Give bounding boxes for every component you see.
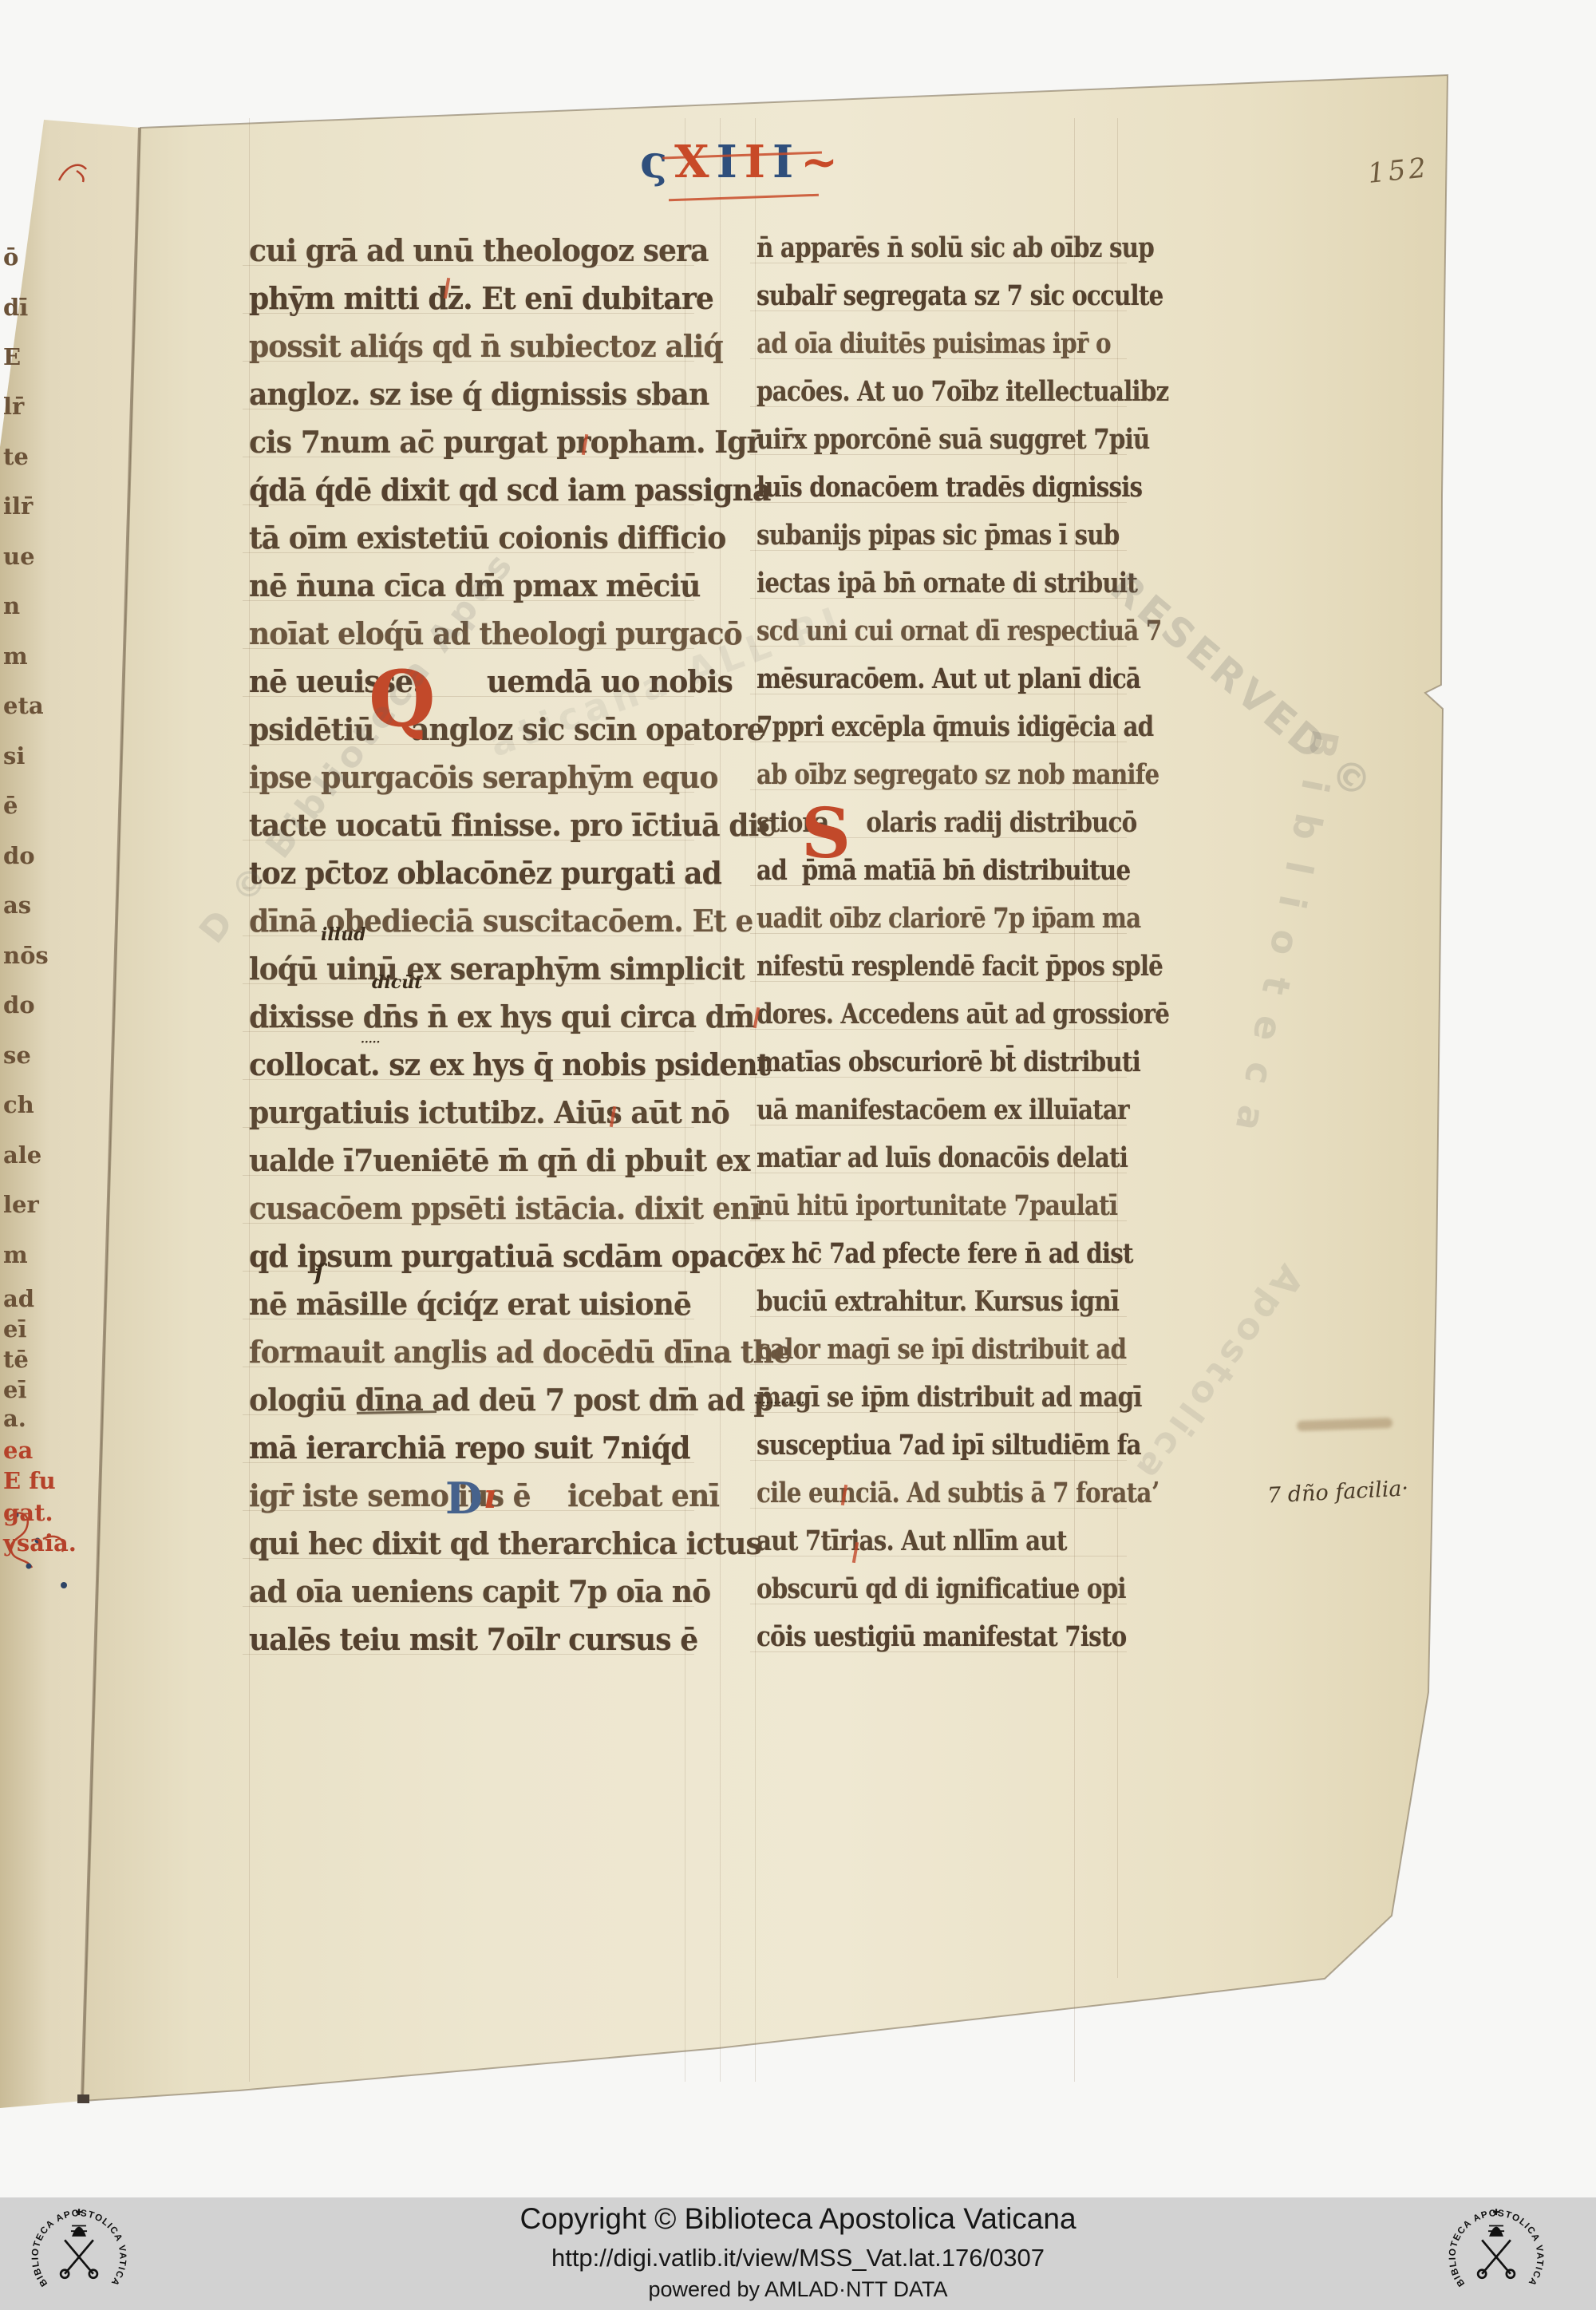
manuscript-line: dores. Accedens aūt ad grossiorē xyxy=(757,991,1065,1038)
manuscript-line: purgatiuis ictutibz. Aiūs aūt nō xyxy=(249,1089,674,1137)
manuscript-line: possit aliq́s qd n̄ subiectoz aliq́ xyxy=(249,322,674,370)
manuscript-line: qd ipsum purgatiuā scdām opacō xyxy=(249,1232,674,1280)
manuscript-line: nē māsille q́ciq́z erat uisionē xyxy=(249,1280,674,1328)
manuscript-line: mā ierarchiā repo suit 7niq́d xyxy=(249,1424,674,1472)
heading-glyph: I xyxy=(772,136,800,188)
manuscript-line: uā manifestacōem ex illuīatar xyxy=(757,1086,1065,1134)
facing-page-line-ending: n xyxy=(3,592,40,619)
manuscript-line: nū hitū iportunitate 7paulatī xyxy=(757,1182,1065,1230)
facing-page-line-ending: ō xyxy=(3,243,40,271)
interlinear-gloss: dicūt xyxy=(372,972,422,993)
manuscript-line: ad oīa ueniens capit 7p oīa nō xyxy=(249,1568,674,1616)
facing-page-line-ending: ea xyxy=(3,1437,40,1464)
interlinear-gloss: illud xyxy=(321,924,365,945)
manuscript-line: ex hc̄ 7ad pfecte fere n̄ ad dist xyxy=(757,1230,1065,1278)
facing-page-line-ending: te xyxy=(3,443,40,470)
manuscript-line: calor magī se ipī distribuit ad xyxy=(757,1326,1065,1374)
facing-page-line-ending: m xyxy=(3,1241,40,1268)
manuscript-line: cile eunciā. Ad subtis ā 7 forataʼ xyxy=(757,1469,1065,1517)
facing-page-line-ending: lr̄ xyxy=(3,393,40,420)
manuscript-line: matīar ad luīs donacōis delati xyxy=(757,1134,1065,1182)
manuscript-line: subalr̄ segregata sz 7 sic occulte xyxy=(757,272,1065,320)
manuscript-line: buciū extrahitur. Kursus ignī xyxy=(757,1278,1065,1326)
manuscript-line: 7ppri excēpla q̄muis idigēcia ad xyxy=(757,703,1065,751)
facing-page-line-ending: ysaia. xyxy=(3,1529,40,1556)
manuscript-line: loq́ū uinū ex seraphȳm simplicit xyxy=(249,945,674,993)
manuscript-line: mēsuracōem. Aut ut planī dicā xyxy=(757,655,1065,703)
manuscript-line: formauit anglis ad docēdū dīna the xyxy=(249,1328,674,1376)
facing-page-line-ending: E xyxy=(3,343,40,370)
scan-canvas: ςXIII~ 152 cui grā ad unū theologoz sera… xyxy=(0,0,1596,2310)
facing-page-line-ending: eī xyxy=(3,1376,40,1403)
vatican-library-logo-icon: BIBLIOTECA APOSTOLICA VATICANA xyxy=(1443,2199,1550,2306)
page-heading-numeral: ςXIII~ xyxy=(640,134,845,190)
manuscript-line: ab oībz segregato sz nob manife xyxy=(757,751,1065,799)
manuscript-line: dīnā obedieciā suscitacōem. Et e xyxy=(249,897,674,945)
interlinear-gloss: ı xyxy=(484,1477,496,1516)
vertical-rule xyxy=(755,118,756,2082)
facing-page-line-ending: do xyxy=(3,842,40,869)
manuscript-line: n̄ apparēs n̄ solū sic ab oībz sup xyxy=(757,224,1065,272)
manuscript-line: dixisse dn̄s n̄ ex hys qui circa dm̄ xyxy=(249,993,674,1041)
heading-glyph: I xyxy=(717,136,745,188)
illuminated-initial: D xyxy=(445,1477,483,1520)
manuscript-line: q́dā q́dē dixit qd scd iam passigna xyxy=(249,466,674,514)
manuscript-line: subanijs pipas sic p̄mas ī sub xyxy=(757,512,1065,560)
manuscript-line: obscurū qd di ignificatiue opi xyxy=(757,1565,1065,1613)
footer-powered-by-text: powered by AMLAD·NTT DATA xyxy=(0,2277,1596,2302)
heading-glyph: ς xyxy=(640,136,674,188)
facing-page-line-ending: as xyxy=(3,892,40,919)
manuscript-line: phȳm mitti dz̄. Et enī dubitare xyxy=(249,275,674,322)
manuscript-line: uadit oībz clariorē 7p ip̄am ma xyxy=(757,895,1065,943)
manuscript-line: tā oīm existetiū coionis difficio xyxy=(249,514,674,562)
interlinear-gloss: ····· xyxy=(361,1036,380,1049)
footer-copyright-text: Copyright © Biblioteca Apostolica Vatica… xyxy=(0,2202,1596,2236)
manuscript-line: qui hec dixit qd therarchica ictus xyxy=(249,1520,674,1568)
text-column-left: cui grā ad unū theologoz seraphȳm mitti … xyxy=(249,227,696,1663)
illuminated-initial: S xyxy=(801,800,851,868)
vatican-library-logo-icon: BIBLIOTECA APOSTOLICA VATICANA xyxy=(26,2199,132,2306)
manuscript-line: aut 7tīrias. Aut nllīm aut xyxy=(757,1517,1065,1565)
facing-page-line-ending: gat. xyxy=(3,1499,40,1526)
manuscript-line: susceptiua 7ad ipī siltudiēm fa xyxy=(757,1422,1065,1469)
facing-page-line-ending: ue xyxy=(3,543,40,570)
manuscript-line: toz pc̄toz oblacōnēz purgati ad xyxy=(249,849,674,897)
facing-page-line-ending: a. xyxy=(3,1405,40,1432)
manuscript-line: cui grā ad unū theologoz sera xyxy=(249,227,674,275)
manuscript-line: uir̄x pporcōnē suā suggret 7piū xyxy=(757,416,1065,464)
facing-page-line-ending: se xyxy=(3,1042,40,1069)
manuscript-line: collocat. sz ex hys q̄ nobis psident xyxy=(249,1041,674,1089)
facing-page-line-ending: do xyxy=(3,991,40,1019)
footer-bar: Copyright © Biblioteca Apostolica Vatica… xyxy=(0,2197,1596,2310)
facing-page-line-ending: tē xyxy=(3,1346,40,1373)
interlinear-gloss: ············· xyxy=(754,1397,804,1410)
facing-page-line-ending: m xyxy=(3,643,40,670)
manuscript-line: iectas ipā bn̄ ornate di stribuit xyxy=(757,560,1065,607)
manuscript-line: angloz. sz ise q́ dignissis sban xyxy=(249,370,674,418)
facing-page-line-ending: eī xyxy=(3,1315,40,1343)
facing-page-line-ending: ler xyxy=(3,1191,40,1218)
manuscript-line: cusacōem ppsēti istācia. dixit enī xyxy=(249,1185,674,1232)
heading-glyph: X xyxy=(674,136,716,188)
manuscript-line: cis 7num ac̄ purgat propham. Igr̄ xyxy=(249,418,674,466)
facing-page-line-ending: si xyxy=(3,742,40,769)
facing-page-line-ending: dī xyxy=(3,294,40,321)
heading-glyph: ~ xyxy=(800,136,845,188)
footer-url-text: http://digi.vatlib.it/view/MSS_Vat.lat.1… xyxy=(0,2244,1596,2272)
facing-page-line-ending: ilr̄ xyxy=(3,492,40,520)
facing-page-line-ending: eta xyxy=(3,692,40,719)
heading-glyph: I xyxy=(745,136,772,188)
manuscript-line: ologiū dīna ad deū 7 post dm̄ ad p̄ xyxy=(249,1376,674,1424)
facing-page-line-ending: nōs xyxy=(3,942,40,969)
facing-page-line-ending: E fu xyxy=(3,1467,40,1494)
page-edge-notch xyxy=(77,2094,89,2103)
manuscript-line: luīs donacōem tradēs dignissis xyxy=(757,464,1065,512)
manuscript-line: matīas obscuriorē bt̄ distributi xyxy=(757,1038,1065,1086)
facing-page-line-ending: ale xyxy=(3,1141,40,1169)
manuscript-line: nifestū resplendē facit p̄pos splē xyxy=(757,943,1065,991)
interlinear-gloss: ſ xyxy=(314,1260,324,1286)
manuscript-line: pacōes. At uo 7oībz itellectualibz xyxy=(757,368,1065,416)
manuscript-line: ualde ī7ueniētē m̄ qn̄ di pbuit ex xyxy=(249,1137,674,1185)
facing-page-line-ending: ē xyxy=(3,792,40,819)
facing-page-line-ending: ch xyxy=(3,1091,40,1118)
manuscript-line: ad oīa diuitēs puisimas ipr̄ o xyxy=(757,320,1065,368)
manuscript-line: ualēs teiu msit 7oīlr cursus ē xyxy=(249,1616,674,1663)
manuscript-line: cōis uestigiū manifestat 7isto xyxy=(757,1613,1065,1661)
facing-page-line-ending: ad xyxy=(3,1285,40,1312)
folio-number: 152 xyxy=(1366,152,1431,190)
text-column-right: n̄ apparēs n̄ solū sic ab oībz supsubalr… xyxy=(757,224,1124,1661)
